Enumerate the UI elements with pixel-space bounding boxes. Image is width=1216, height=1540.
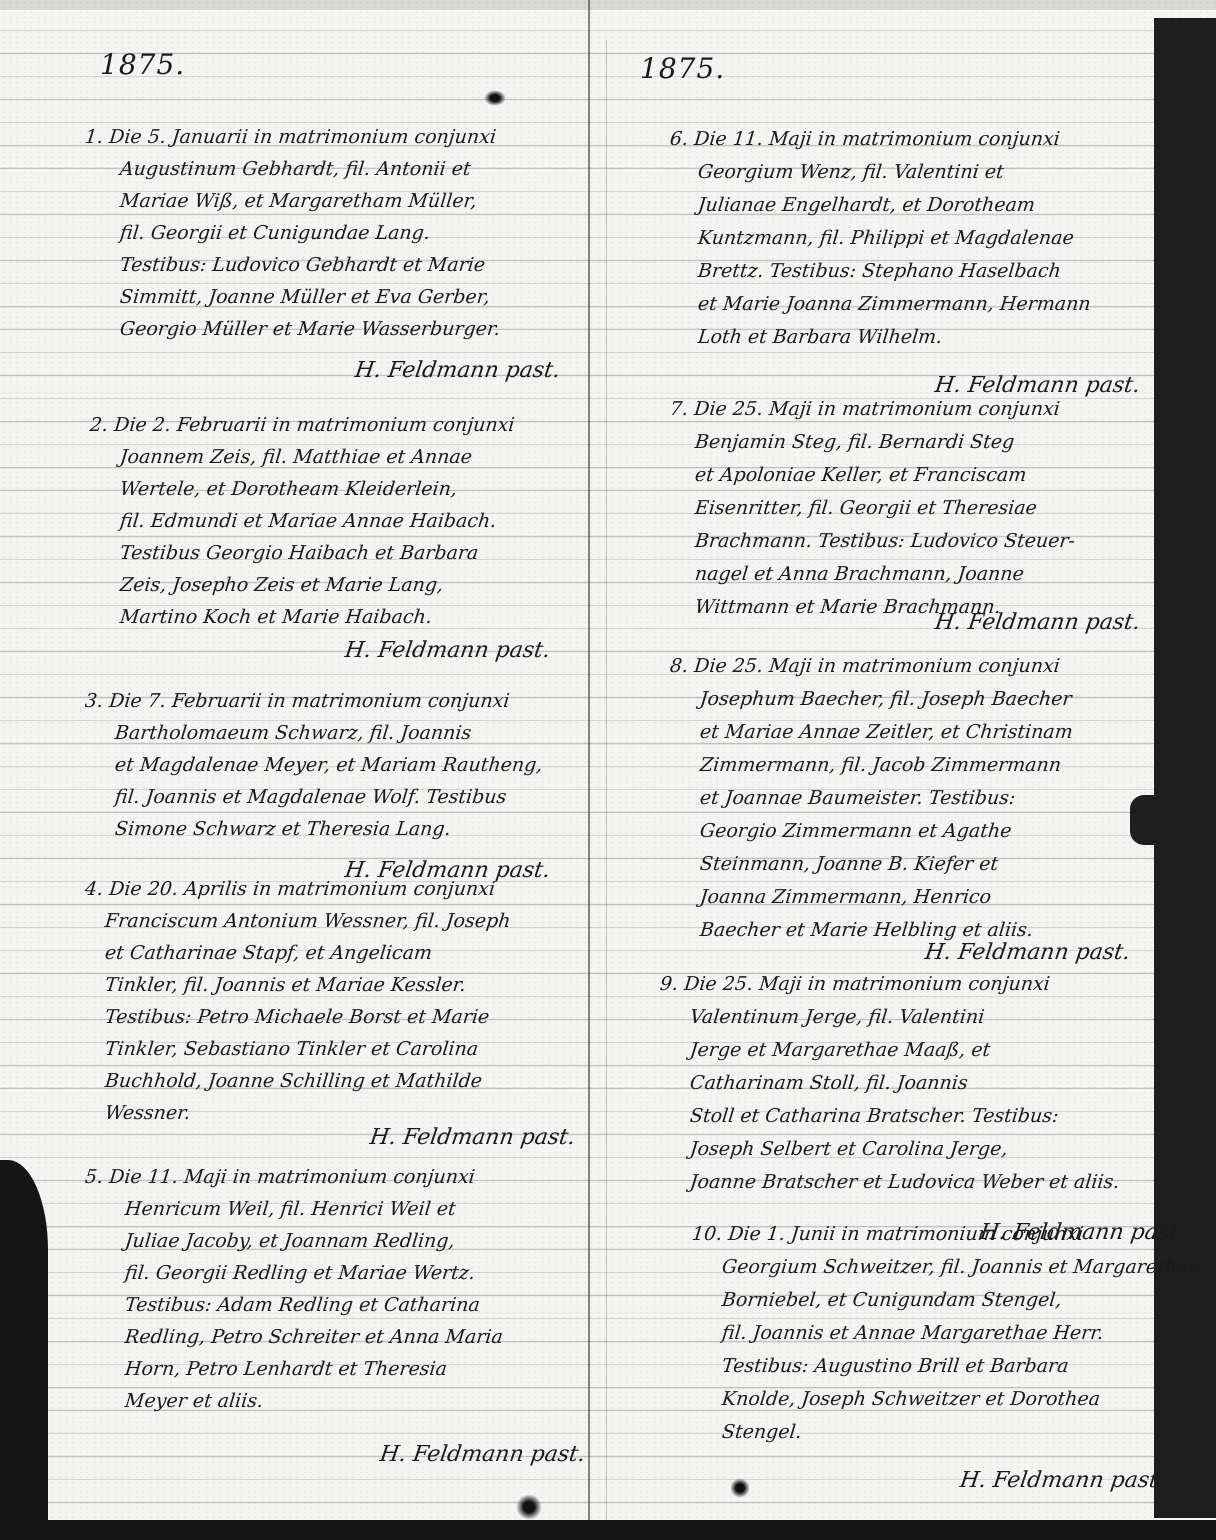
entry-date-text: Die 11. Maji in matrimonium conjunxi: [108, 1166, 476, 1188]
entry-text-line: Benjamin Steg, fil. Bernardi Steg: [694, 433, 1015, 452]
pastor-signature: H. Feldmann past.: [368, 1125, 577, 1150]
entry-text-line: Zeis, Josepho Zeis et Marie Lang,: [119, 576, 444, 595]
entry-heading-line: 4. Die 20. Aprilis in matrimonium conjun…: [84, 880, 496, 899]
entry-text-line: Augustinum Gebhardt, fil. Antonii et: [119, 160, 472, 179]
entry-heading-line: 8. Die 25. Maji in matrimonium conjunxi: [669, 657, 1061, 676]
scan-edge-tab: [1130, 795, 1170, 845]
pastor-signature: H. Feldmann past.: [933, 610, 1142, 635]
entry-text-line: Testibus: Adam Redling et Catharina: [124, 1296, 481, 1315]
entry-text-line: Meyer et aliis.: [124, 1392, 264, 1411]
entry-text-line: Joseph Selbert et Carolina Jerge,: [689, 1140, 1008, 1159]
entry-text-line: Joanne Bratscher et Ludovica Weber et al…: [689, 1173, 1120, 1192]
entry-text-line: Henricum Weil, fil. Henrici Weil et: [124, 1200, 457, 1219]
pastor-signature: H. Feldmann past.: [343, 638, 552, 663]
entry-date-text: Die 2. Februarii in matrimonium conjunxi: [113, 414, 516, 436]
entry-text-line: Tinkler, Sebastiano Tinkler et Carolina: [104, 1040, 479, 1059]
entry-date-text: Die 7. Februarii in matrimonium conjunxi: [108, 690, 511, 712]
entry-text-line: fil. Edmundi et Mariae Annae Haibach.: [119, 512, 497, 531]
entry-text-line: et Marie Joanna Zimmermann, Hermann: [697, 295, 1092, 314]
entry-heading-line: 7. Die 25. Maji in matrimonium conjunxi: [669, 400, 1061, 419]
ink-blot: [484, 90, 506, 106]
entry-text-line: Testibus: Ludovico Gebhardt et Marie: [119, 256, 486, 275]
entry-text-line: Georgio Müller et Marie Wasserburger.: [119, 320, 501, 339]
entry-text-line: Josephum Baecher, fil. Joseph Baecher: [699, 690, 1073, 709]
pastor-signature: H. Feldmann past.: [958, 1468, 1167, 1493]
entry-text-line: Tinkler, fil. Joannis et Mariae Kessler.: [104, 976, 467, 995]
entry-text-line: Stengel.: [721, 1423, 803, 1442]
entry-heading-line: 10. Die 1. Junii in matrimonium conjunxi: [691, 1225, 1084, 1244]
entry-text-line: Brettz. Testibus: Stephano Haselbach: [697, 262, 1062, 281]
entry-text-line: Martino Koch et Marie Haibach.: [119, 608, 433, 627]
entry-date-text: Die 20. Aprilis in matrimonium conjunxi: [108, 878, 496, 900]
entry-text-line: nagel et Anna Brachmann, Joanne: [694, 565, 1025, 584]
entry-text-line: Catharinam Stoll, fil. Joannis: [689, 1074, 969, 1093]
pastor-signature: H. Feldmann past.: [923, 940, 1132, 965]
entry-number: 1.: [84, 126, 110, 148]
scan-bottom-edge: [0, 1520, 1216, 1540]
page-gutter: [588, 0, 590, 1540]
entry-text-line: Zimmermann, fil. Jacob Zimmermann: [699, 756, 1062, 775]
entry-text-line: fil. Georgii et Cunigundae Lang.: [119, 224, 431, 243]
entry-number: 6.: [669, 128, 695, 150]
entry-text-line: fil. Georgii Redling et Mariae Wertz.: [124, 1264, 476, 1283]
entry-number: 10.: [691, 1223, 730, 1245]
entry-text-line: et Magdalenae Meyer, et Mariam Rautheng,: [114, 756, 543, 775]
entry-number: 4.: [84, 878, 110, 900]
entry-text-line: et Mariae Annae Zeitler, et Christinam: [699, 723, 1074, 742]
entry-text-line: Buchhold, Joanne Schilling et Mathilde: [104, 1072, 483, 1091]
entry-text-line: Baecher et Marie Helbling et aliis.: [699, 921, 1034, 940]
entry-text-line: et Apoloniae Keller, et Franciscam: [694, 466, 1027, 485]
entry-heading-line: 1. Die 5. Januarii in matrimonium conjun…: [84, 128, 497, 147]
entry-number: 7.: [669, 398, 695, 420]
entry-date-text: Die 25. Maji in matrimonium conjunxi: [693, 398, 1061, 420]
entry-date-text: Die 11. Maji in matrimonium conjunxi: [693, 128, 1061, 150]
entry-text-line: Simmitt, Joanne Müller et Eva Gerber,: [119, 288, 491, 307]
pastor-signature: H. Feldmann past.: [378, 1442, 587, 1467]
entry-text-line: Jerge et Margarethae Maaß, et: [689, 1041, 991, 1060]
entry-text-line: Simone Schwarz et Theresia Lang.: [114, 820, 452, 839]
ink-blot: [730, 1478, 750, 1498]
entry-date-text: Die 1. Junii in matrimonium conjunxi: [727, 1223, 1084, 1245]
entry-text-line: fil. Joannis et Magdalenae Wolf. Testibu…: [114, 788, 507, 807]
entry-heading-line: 6. Die 11. Maji in matrimonium conjunxi: [669, 130, 1061, 149]
entry-text-line: Horn, Petro Lenhardt et Theresia: [124, 1360, 448, 1379]
entry-text-line: Borniebel, et Cunigundam Stengel,: [721, 1291, 1062, 1310]
entry-text-line: Wertele, et Dorotheam Kleiderlein,: [119, 480, 458, 499]
page-gutter-line: [606, 40, 607, 1540]
entry-number: 5.: [84, 1166, 110, 1188]
entry-number: 9.: [659, 973, 685, 995]
entry-text-line: Stoll et Catharina Bratscher. Testibus:: [689, 1107, 1059, 1126]
entry-number: 3.: [84, 690, 110, 712]
entry-text-line: Georgium Wenz, fil. Valentini et: [697, 163, 1005, 182]
scan-right-edge: [1154, 18, 1216, 1518]
entry-text-line: Bartholomaeum Schwarz, fil. Joannis: [114, 724, 472, 743]
year-header-left: 1875.: [100, 48, 185, 81]
entry-text-line: Eisenritter, fil. Georgii et Theresiae: [694, 499, 1038, 518]
entry-heading-line: 9. Die 25. Maji in matrimonium conjunxi: [659, 975, 1051, 994]
entry-text-line: et Catharinae Stapf, et Angelicam: [104, 944, 433, 963]
entry-text-line: Joanna Zimmermann, Henrico: [699, 888, 992, 907]
entry-text-line: Julianae Engelhardt, et Dorotheam: [697, 196, 1036, 215]
entry-text-line: Mariae Wiß, et Margaretham Müller,: [119, 192, 478, 211]
pastor-signature: H. Feldmann past.: [353, 358, 562, 383]
entry-text-line: Testibus: Petro Michaele Borst et Marie: [104, 1008, 490, 1027]
entry-text-line: Testibus Georgio Haibach et Barbara: [119, 544, 479, 563]
entry-text-line: Georgium Schweitzer, fil. Joannis et Mar…: [721, 1258, 1201, 1277]
entry-text-line: Wessner.: [104, 1104, 191, 1123]
entry-text-line: Redling, Petro Schreiter et Anna Maria: [124, 1328, 504, 1347]
entry-text-line: et Joannae Baumeister. Testibus:: [699, 789, 1016, 808]
entry-date-text: Die 5. Januarii in matrimonium conjunxi: [108, 126, 497, 148]
entry-text-line: Joannem Zeis, fil. Matthiae et Annae: [119, 448, 473, 467]
entry-text-line: Knolde, Joseph Schweitzer et Dorothea: [721, 1390, 1101, 1409]
entry-number: 8.: [669, 655, 695, 677]
entry-text-line: Franciscum Antonium Wessner, fil. Joseph: [104, 912, 511, 931]
entry-date-text: Die 25. Maji in matrimonium conjunxi: [683, 973, 1051, 995]
entry-text-line: Kuntzmann, fil. Philippi et Magdalenae: [697, 229, 1075, 248]
entry-number: 2.: [89, 414, 115, 436]
entry-text-line: fil. Joannis et Annae Margarethae Herr.: [721, 1324, 1104, 1343]
scan-left-edge: [0, 1160, 48, 1540]
entry-text-line: Valentinum Jerge, fil. Valentini: [689, 1008, 985, 1027]
ink-blot: [516, 1494, 542, 1520]
entry-text-line: Steinmann, Joanne B. Kiefer et: [699, 855, 999, 874]
entry-text-line: Loth et Barbara Wilhelm.: [697, 328, 943, 347]
entry-text-line: Testibus: Augustino Brill et Barbara: [721, 1357, 1070, 1376]
entry-heading-line: 2. Die 2. Februarii in matrimonium conju…: [89, 416, 515, 435]
entry-text-line: Juliae Jacoby, et Joannam Redling,: [124, 1232, 456, 1251]
entry-heading-line: 3. Die 7. Februarii in matrimonium conju…: [84, 692, 510, 711]
year-header-right: 1875.: [640, 52, 725, 85]
entry-date-text: Die 25. Maji in matrimonium conjunxi: [693, 655, 1061, 677]
entry-heading-line: 5. Die 11. Maji in matrimonium conjunxi: [84, 1168, 476, 1187]
entry-text-line: Georgio Zimmermann et Agathe: [699, 822, 1012, 841]
pastor-signature: H. Feldmann past.: [933, 373, 1142, 398]
entry-text-line: Brachmann. Testibus: Ludovico Steuer-: [694, 532, 1076, 551]
